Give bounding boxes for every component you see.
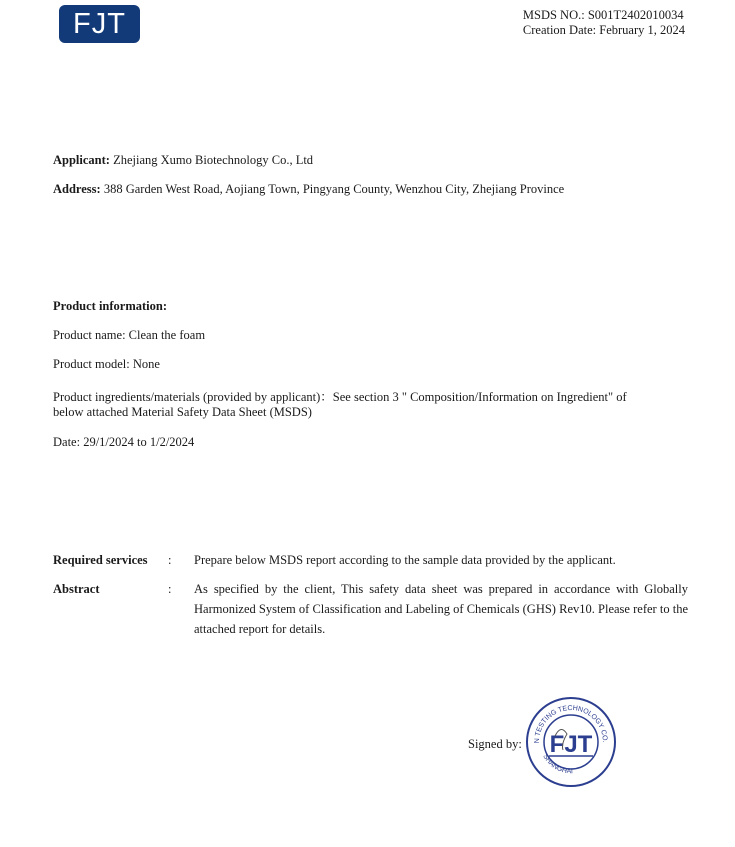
- applicant-line: Applicant: Zhejiang Xumo Biotechnology C…: [53, 153, 313, 168]
- address-value: 388 Garden West Road, Aojiang Town, Ping…: [101, 182, 565, 196]
- abstract-label: Abstract: [53, 582, 100, 597]
- company-stamp-icon: FAJIN TESTING TECHNOLOGY CO. LTD SHANGHA…: [525, 696, 617, 788]
- applicant-value: Zhejiang Xumo Biotechnology Co., Ltd: [110, 153, 313, 167]
- product-info-heading: Product information:: [53, 299, 167, 314]
- document-header: MSDS NO.: S001T2402010034 Creation Date:…: [523, 8, 685, 38]
- msds-number: MSDS NO.: S001T2402010034: [523, 8, 685, 23]
- product-ingredients: Product ingredients/materials (provided …: [53, 387, 627, 405]
- applicant-label: Applicant:: [53, 153, 110, 167]
- required-services-value: Prepare below MSDS report according to t…: [194, 550, 688, 570]
- address-label: Address:: [53, 182, 101, 196]
- address-line: Address: 388 Garden West Road, Aojiang T…: [53, 182, 564, 197]
- abstract-value: As specified by the client, This safety …: [194, 579, 688, 639]
- product-name: Product name: Clean the foam: [53, 328, 205, 343]
- company-logo: FJT: [59, 5, 140, 43]
- colon: :: [168, 553, 171, 568]
- product-date: Date: 29/1/2024 to 1/2/2024: [53, 435, 194, 450]
- creation-date: Creation Date: February 1, 2024: [523, 23, 685, 38]
- required-services-label: Required services: [53, 553, 148, 568]
- product-model: Product model: None: [53, 357, 160, 372]
- svg-text:FJT: FJT: [550, 731, 593, 758]
- colon: :: [168, 582, 171, 597]
- product-ingredients-cont: below attached Material Safety Data Shee…: [53, 405, 312, 420]
- signed-by-label: Signed by:: [468, 737, 522, 752]
